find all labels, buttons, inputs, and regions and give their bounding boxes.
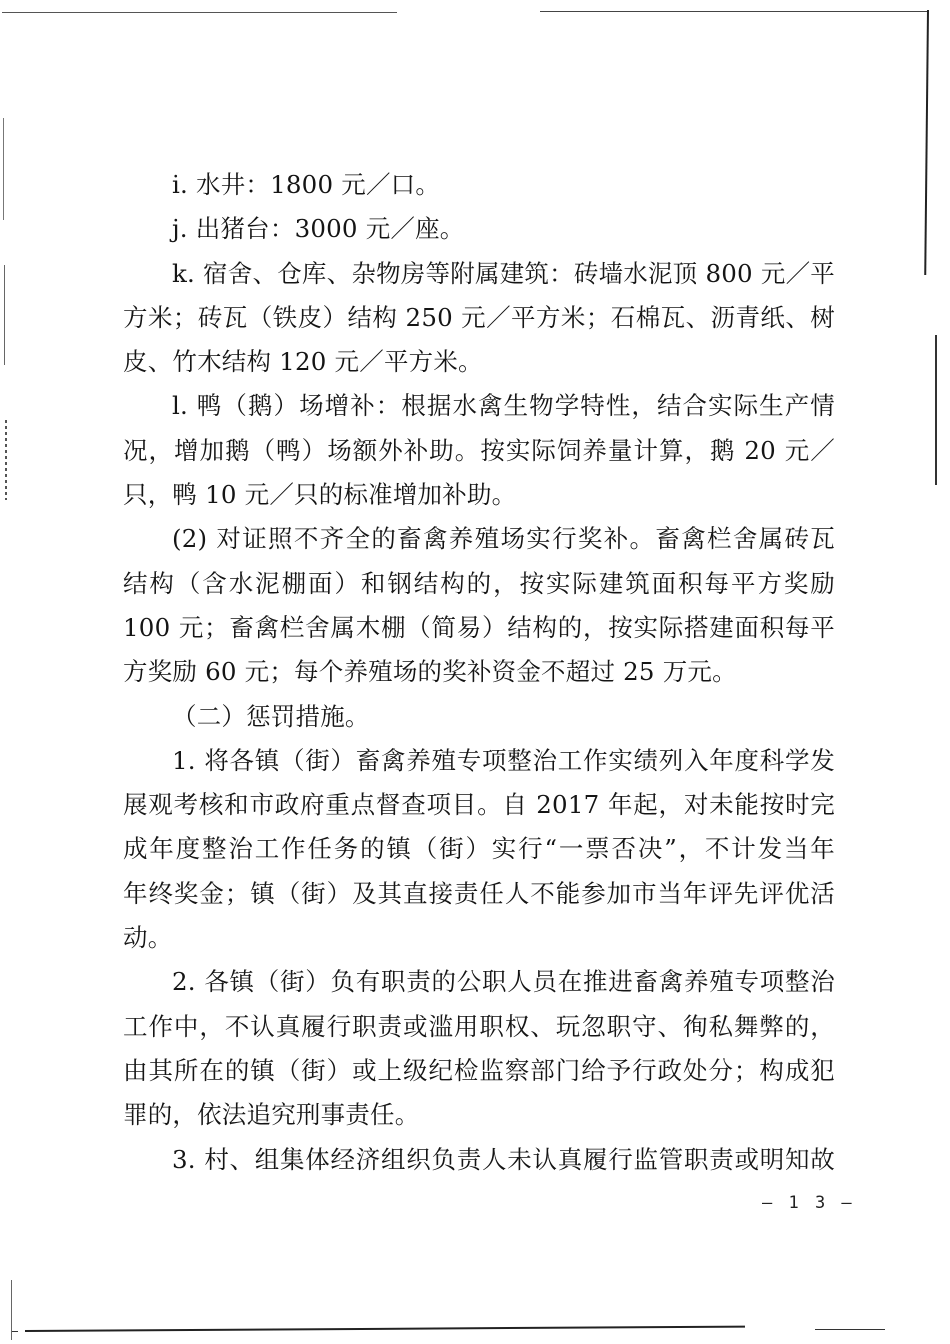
line-text: 展观考核和市政府重点督查项目。自 2017 年起，对未能按时完: [123, 783, 835, 827]
page-number: — 1 3 —: [762, 1193, 855, 1213]
line-text: k. 宿舍、仓库、杂物房等附属建筑：砖墙水泥顶 800 元／平: [172, 252, 835, 296]
line-text: 况，增加鹅（鸭）场额外补助。按实际饲养量计算，鹅 20 元／: [123, 429, 835, 473]
scan-edge-line: [3, 118, 4, 220]
text-line: 展观考核和市政府重点督查项目。自 2017 年起，对未能按时完: [123, 783, 835, 827]
line-text: 罪的，依法追究刑事责任。: [123, 1093, 835, 1137]
scan-edge-line: [12, 1331, 18, 1332]
text-line: j. 出猪台：3000 元／座。: [123, 207, 835, 251]
text-line: 结构（含水泥棚面）和钢结构的，按实际建筑面积每平方奖励: [123, 562, 835, 606]
text-line: 由其所在的镇（街）或上级纪检监察部门给予行政处分；构成犯: [123, 1049, 835, 1093]
text-line: 皮、竹木结构 120 元／平方米。: [123, 340, 835, 384]
line-text: 结构（含水泥棚面）和钢结构的，按实际建筑面积每平方奖励: [123, 562, 835, 606]
line-text: 年终奖金；镇（街）及其直接责任人不能参加市当年评先评优活: [123, 872, 835, 916]
text-line: 方米；砖瓦（铁皮）结构 250 元／平方米；石棉瓦、沥青纸、树: [123, 296, 835, 340]
text-line: 2. 各镇（街）负有职责的公职人员在推进畜禽养殖专项整治: [123, 960, 835, 1004]
text-line: k. 宿舍、仓库、杂物房等附属建筑：砖墙水泥顶 800 元／平: [123, 252, 835, 296]
line-text: （二）惩罚措施。: [172, 695, 835, 739]
line-text: j. 出猪台：3000 元／座。: [172, 207, 835, 251]
text-line: 成年度整治工作任务的镇（街）实行“一票否决”，不计发当年: [123, 827, 835, 871]
scan-edge-line: [815, 1329, 885, 1330]
scan-edge-line: [5, 420, 7, 500]
scan-edge-line: [540, 11, 928, 12]
scan-edge-line: [2, 12, 397, 13]
scan-edge-line: [935, 335, 937, 485]
scan-edge-line: [924, 10, 929, 275]
text-line: 1. 将各镇（街）畜禽养殖专项整治工作实绩列入年度科学发: [123, 739, 835, 783]
document-body: i. 水井：1800 元／口。j. 出猪台：3000 元／座。k. 宿舍、仓库、…: [123, 163, 835, 1182]
text-line: 工作中，不认真履行职责或滥用职权、玩忽职守、徇私舞弊的，: [123, 1005, 835, 1049]
text-line: 3. 村、组集体经济组织负责人未认真履行监管职责或明知故: [123, 1138, 835, 1182]
text-line: (2) 对证照不齐全的畜禽养殖场实行奖补。畜禽栏舍属砖瓦: [123, 517, 835, 561]
scan-edge-line: [25, 1326, 745, 1332]
line-text: l. 鸭（鹅）场增补：根据水禽生物学特性，结合实际生产情: [172, 384, 835, 428]
scan-edge-line: [4, 265, 5, 365]
line-text: 2. 各镇（街）负有职责的公职人员在推进畜禽养殖专项整治: [172, 960, 835, 1004]
text-line: 罪的，依法追究刑事责任。: [123, 1093, 835, 1137]
line-text: 皮、竹木结构 120 元／平方米。: [123, 340, 835, 384]
scanned-document-page: i. 水井：1800 元／口。j. 出猪台：3000 元／座。k. 宿舍、仓库、…: [0, 0, 950, 1344]
line-text: 工作中，不认真履行职责或滥用职权、玩忽职守、徇私舞弊的，: [123, 1005, 835, 1049]
line-text: 方米；砖瓦（铁皮）结构 250 元／平方米；石棉瓦、沥青纸、树: [123, 296, 835, 340]
line-text: (2) 对证照不齐全的畜禽养殖场实行奖补。畜禽栏舍属砖瓦: [172, 517, 835, 561]
line-text: 动。: [123, 916, 835, 960]
line-text: 方奖励 60 元；每个养殖场的奖补资金不超过 25 万元。: [123, 650, 835, 694]
text-line: 100 元；畜禽栏舍属木棚（简易）结构的，按实际搭建面积每平: [123, 606, 835, 650]
line-text: 1. 将各镇（街）畜禽养殖专项整治工作实绩列入年度科学发: [172, 739, 835, 783]
text-line: l. 鸭（鹅）场增补：根据水禽生物学特性，结合实际生产情: [123, 384, 835, 428]
line-text: 成年度整治工作任务的镇（街）实行“一票否决”，不计发当年: [123, 827, 835, 871]
line-text: 由其所在的镇（街）或上级纪检监察部门给予行政处分；构成犯: [123, 1049, 835, 1093]
text-line: 只，鸭 10 元／只的标准增加补助。: [123, 473, 835, 517]
line-text: i. 水井：1800 元／口。: [172, 163, 835, 207]
text-line: 年终奖金；镇（街）及其直接责任人不能参加市当年评先评优活: [123, 872, 835, 916]
text-line: （二）惩罚措施。: [123, 695, 835, 739]
text-line: 动。: [123, 916, 835, 960]
line-text: 100 元；畜禽栏舍属木棚（简易）结构的，按实际搭建面积每平: [123, 606, 835, 650]
text-line: 况，增加鹅（鸭）场额外补助。按实际饲养量计算，鹅 20 元／: [123, 429, 835, 473]
line-text: 3. 村、组集体经济组织负责人未认真履行监管职责或明知故: [172, 1138, 835, 1182]
text-line: i. 水井：1800 元／口。: [123, 163, 835, 207]
line-text: 只，鸭 10 元／只的标准增加补助。: [123, 473, 835, 517]
text-line: 方奖励 60 元；每个养殖场的奖补资金不超过 25 万元。: [123, 650, 835, 694]
